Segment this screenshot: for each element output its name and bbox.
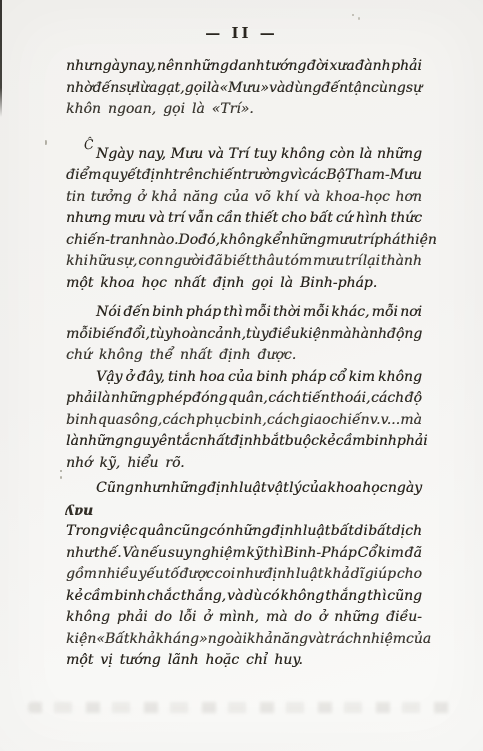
word: nhiệm — [362, 629, 406, 651]
word: như — [236, 564, 263, 586]
word: tùy — [150, 324, 173, 346]
word: võ — [254, 187, 270, 209]
word: cách — [267, 410, 300, 432]
word: ngày — [388, 478, 422, 500]
word: phép — [156, 388, 191, 410]
word: không — [281, 144, 325, 166]
word: gồm — [66, 564, 97, 586]
text-line: khihữusự,conngườiđãbiếtthâutómmưutrílạit… — [66, 251, 422, 273]
word: thành — [381, 251, 422, 273]
word: là — [66, 431, 79, 453]
word: Vậy — [96, 367, 122, 389]
word: khí — [276, 187, 298, 209]
word: cũng — [387, 586, 422, 608]
word: luật — [296, 564, 323, 586]
word: đó, — [198, 230, 220, 252]
word: dù — [244, 586, 262, 608]
word: và — [149, 208, 165, 230]
body-text: nhưngàynay,nênnhữngdanhtướngđờixưađànhph… — [66, 56, 422, 672]
word: nhờ — [66, 78, 92, 100]
word: chiến — [331, 410, 370, 432]
word: người — [164, 251, 204, 273]
ink-speck — [352, 14, 354, 16]
word: hữu — [89, 251, 116, 273]
word: và — [304, 187, 320, 209]
text-line: Trongviệcquâncũngcónhữngđịnhluậtbấtdibất… — [66, 521, 422, 543]
word: nhưng — [66, 208, 111, 230]
word: «Mưu» — [219, 78, 269, 100]
word: điều- — [386, 607, 422, 629]
word: của — [406, 629, 431, 651]
word: hoàn — [172, 324, 207, 346]
word: thâu — [252, 251, 284, 273]
word: độ — [405, 388, 422, 410]
ink-speck — [45, 140, 47, 145]
word: tận — [348, 78, 371, 100]
word: khoa-học — [326, 187, 390, 209]
word: trí — [357, 230, 374, 252]
word: «Bất — [96, 629, 129, 651]
text-line: Nóiđếnbinhphápthìmỗithờimỗikhác,mỗinơi — [66, 302, 422, 324]
word: đổi, — [123, 324, 149, 346]
word: lý — [289, 478, 301, 500]
word: nhiều — [98, 564, 138, 586]
word: kim — [378, 543, 404, 565]
word: cách — [268, 388, 301, 410]
word: bắt — [262, 431, 285, 453]
word: được — [179, 564, 213, 586]
word: cách — [162, 410, 195, 432]
word: năng — [183, 187, 218, 209]
word: di — [354, 521, 367, 543]
word: kể — [264, 230, 281, 252]
word: buộc — [285, 431, 319, 453]
word: ở — [203, 607, 211, 629]
word: thiết — [245, 208, 278, 230]
word: là — [97, 388, 110, 410]
word: tiến — [302, 388, 330, 410]
word: chiến-tranh — [66, 230, 148, 252]
ink-speck — [60, 476, 62, 479]
word: sông, — [124, 410, 162, 432]
word: Bộ — [326, 165, 345, 187]
word: binh — [365, 431, 396, 453]
text-line: nhớ kỹ, hiểu rõ. — [66, 453, 422, 475]
text-line: Vậyởđây,tinhhoacủabinhphápcổkimkhông — [66, 367, 422, 389]
word: hành — [351, 324, 386, 346]
word: con — [138, 251, 163, 273]
word: những — [225, 521, 270, 543]
word: các — [302, 165, 326, 187]
word: đóng — [192, 388, 227, 410]
word: cũng — [174, 521, 209, 543]
word: sự, — [117, 251, 138, 273]
word: định — [271, 521, 302, 543]
word: cho — [397, 564, 422, 586]
word: nhất — [198, 431, 230, 453]
word: binh — [114, 586, 145, 608]
word: v.v... — [370, 410, 400, 432]
word: gọi — [185, 78, 207, 100]
word: bất — [310, 208, 333, 230]
word: quyết — [101, 165, 141, 187]
word: mình, — [219, 607, 259, 629]
word: đã — [205, 251, 222, 273]
word: sự — [119, 78, 135, 100]
word: thì — [367, 586, 386, 608]
word: nếu — [140, 543, 167, 565]
word: tóm — [285, 251, 312, 273]
word: đến — [93, 78, 120, 100]
word: Do — [178, 230, 198, 252]
word: của — [224, 187, 249, 209]
word: phát — [374, 230, 406, 252]
word: nay, — [138, 144, 166, 166]
word: mà — [266, 607, 288, 629]
word: thắng — [325, 586, 366, 608]
word: những — [377, 144, 422, 166]
word: hình — [356, 208, 388, 230]
word: cảnh, — [207, 324, 246, 346]
word: kẻ — [319, 431, 336, 453]
word: nguyên — [124, 431, 176, 453]
word: định — [207, 478, 238, 500]
word: không — [220, 230, 264, 252]
scanned-book-page: — II — Ĉ nhưngàynay,nênnhữngdanhtướngđời… — [0, 0, 483, 751]
word: phải — [117, 607, 148, 629]
word: binh — [256, 367, 287, 389]
word: những — [334, 607, 379, 629]
word: khả — [129, 629, 155, 651]
word: qua — [98, 410, 124, 432]
word: có — [209, 521, 225, 543]
word: việc — [109, 521, 138, 543]
word: không — [66, 607, 110, 629]
word: trường — [242, 165, 290, 187]
word: động — [387, 324, 422, 346]
word: định — [230, 431, 261, 453]
word: kỹ — [246, 543, 262, 565]
word: do — [155, 607, 172, 629]
text-line: khôn ngoan, gọi là «Trí». — [66, 99, 422, 121]
scan-edge-artifact — [0, 0, 2, 117]
word: mỗi — [372, 302, 398, 324]
text-line: gồmnhiềuyếutốđượccoinhưđịnhluậtkhảdĩgiúp… — [66, 564, 422, 586]
word: nơi — [400, 302, 422, 324]
word: kháng» — [155, 629, 207, 651]
word: những — [281, 230, 326, 252]
paragraph-3: Nóiđếnbinhphápthìmỗithờimỗikhác,mỗinơimỗ… — [66, 302, 422, 367]
word: tin — [66, 187, 85, 209]
text-line: điểmquyếtđịnhtrênchiếntrườngvìcácBộTham-… — [66, 165, 422, 187]
word: trí — [168, 208, 185, 230]
text-line: kẻcầmbinhchắcthắng,vàdùcókhôngthắngthìcũ… — [66, 586, 422, 608]
word: tinh — [168, 367, 196, 389]
word: Tham-Mưu — [345, 165, 422, 187]
text-line: Ngàynay,MưuvàTrítuykhôngcònlànhững — [66, 144, 422, 166]
paragraph-4: Vậyởđây,tinhhoacủabinhphápcổkimkhôngphải… — [66, 367, 422, 475]
word: ở — [125, 367, 133, 389]
word: sự — [406, 78, 422, 100]
word: khác, — [331, 302, 369, 324]
word: định — [264, 564, 295, 586]
word: khoa — [327, 478, 361, 500]
word: có — [263, 586, 279, 608]
text-line: kiện«Bấtkhảkháng»ngoàikhảnăngvàtráchnhiệ… — [66, 629, 422, 651]
word: thế. — [94, 543, 122, 565]
word: Trí — [229, 144, 250, 166]
word: tướng — [265, 56, 306, 78]
text-line: phảilànhữngphépđóngquân,cáchtiếnthoái,cá… — [66, 388, 422, 410]
word: mưu — [313, 251, 344, 273]
word: ở — [137, 187, 145, 209]
word: những — [79, 431, 124, 453]
word: mỗi — [245, 302, 271, 324]
word: điểm — [66, 165, 101, 187]
word: xưa — [329, 56, 354, 78]
word: quân — [138, 521, 173, 543]
word: những — [111, 388, 156, 410]
word: thời — [273, 302, 301, 324]
word: luật — [239, 478, 266, 500]
word: khi — [66, 251, 88, 273]
word: vẫn — [188, 208, 214, 230]
word: yếu — [138, 564, 164, 586]
word: như — [134, 478, 161, 500]
word: nào. — [148, 230, 178, 252]
word: giúp — [365, 564, 396, 586]
word: thức — [390, 208, 422, 230]
text-line: chiến-tranhnào.Dođó,khôngkểnhữngmưutríph… — [66, 230, 422, 252]
word: là — [359, 144, 372, 166]
word: giao — [300, 410, 330, 432]
word: phục — [196, 410, 231, 432]
word: kiện — [66, 629, 96, 651]
text-line: chứ không thể nhất định được. — [66, 345, 422, 367]
word: Cũng — [96, 478, 134, 500]
word: khả — [324, 564, 350, 586]
word: chắc — [147, 586, 180, 608]
word: suy — [168, 543, 192, 565]
word: Ngày — [96, 144, 133, 166]
text-line: nhưngàynay,nênnhữngdanhtướngđờixưađànhph… — [66, 56, 422, 78]
text-line: mỗibiếnđổi,tùyhoàncảnh,tùyđiềukiệnmàhành… — [66, 324, 422, 346]
text-line: lànhữngnguyêntắcnhấtđịnhbắtbuộckẻcầmbinh… — [66, 431, 422, 453]
word: binh — [66, 410, 97, 432]
word: thì — [223, 302, 242, 324]
word: kim — [349, 367, 375, 389]
paragraph-1: nhưngàynay,nênnhữngdanhtướngđờixưađànhph… — [66, 56, 422, 121]
word: của — [302, 478, 327, 500]
word: dịch — [392, 521, 422, 543]
word: và — [208, 144, 224, 166]
word: cầm — [84, 586, 114, 608]
word: lại — [363, 251, 380, 273]
paragraph-5: Cũngnhưnhữngđịnhluậtvậtlýcủakhoahọcngàyn… — [66, 478, 422, 521]
word: đến — [321, 78, 348, 100]
word: điều — [268, 324, 299, 346]
word: Binh-Pháp — [283, 543, 356, 565]
word: cầm — [336, 431, 366, 453]
word: không — [280, 586, 324, 608]
text-line: tintưởngởkhảnăngcủavõkhívàkhoa-họchơn — [66, 187, 422, 209]
word: cùng — [371, 78, 406, 100]
word: học — [362, 478, 387, 500]
word: thoái, — [330, 388, 370, 410]
word: ngày — [94, 56, 128, 78]
word: dĩ — [350, 564, 363, 586]
word: hơn — [395, 187, 421, 209]
word: tùy — [246, 324, 269, 346]
text-line: binhquasông,cáchphụcbinh,cáchgiaochiếnv.… — [66, 410, 422, 432]
word: khả — [247, 629, 273, 651]
word: còn — [329, 144, 354, 166]
word: chiến — [203, 165, 242, 187]
word: vật — [267, 478, 289, 500]
word: lừa — [135, 78, 157, 100]
text-line: nhờđếnsựlừagạt,gọilà«Mưu»vàdùngđếntậncùn… — [66, 78, 422, 100]
word: Nói — [96, 302, 121, 324]
word: và — [269, 78, 285, 100]
word: những — [162, 478, 207, 500]
bleed-through-artifact — [28, 702, 458, 713]
word: phải — [397, 431, 428, 453]
ink-speck — [60, 470, 62, 472]
word: của — [228, 367, 253, 389]
word: coi — [214, 564, 235, 586]
word: hoa — [199, 367, 225, 389]
word: mỗi — [66, 324, 92, 346]
word: cách — [371, 388, 404, 410]
word: vì — [290, 165, 302, 187]
paragraph-6: Trongviệcquâncũngcónhữngđịnhluậtbấtdibất… — [66, 521, 422, 672]
word: lỗi — [179, 607, 197, 629]
word: dùng — [285, 78, 321, 100]
word: như — [66, 56, 93, 78]
word: mưu — [114, 208, 145, 230]
paragraph-2: Ngàynay,MưuvàTrítuykhôngcònlànhữngđiểmqu… — [66, 144, 422, 295]
word: Và — [122, 543, 139, 565]
word: đây, — [137, 367, 165, 389]
word: mà — [400, 410, 422, 432]
text-line: Cũngnhưnhữngđịnhluậtvậtlýcủakhoahọcngày — [66, 478, 422, 500]
word: Trong — [66, 521, 108, 543]
word: phải — [66, 388, 97, 410]
word: mà — [330, 324, 352, 346]
word: mỗi — [303, 302, 329, 324]
word: năng — [273, 629, 308, 651]
word: tuy — [254, 144, 277, 166]
word: do — [294, 607, 311, 629]
word: đã — [405, 543, 422, 565]
word: như — [66, 543, 93, 565]
word: trách — [324, 629, 362, 651]
word: những — [184, 56, 229, 78]
text-line: nay — [66, 500, 93, 522]
word: tắc — [176, 431, 198, 453]
word: bất — [368, 521, 391, 543]
word: luật — [303, 521, 330, 543]
text-line: một vị tướng lãnh hoặc chỉ huy. — [66, 650, 422, 672]
word: đành — [355, 56, 390, 78]
word: không — [378, 367, 422, 389]
text-line: khôngphảidolỗiởmình,màdoởnhữngđiều- — [66, 607, 422, 629]
word: cho — [281, 208, 306, 230]
word: Mưu — [171, 144, 203, 166]
word: hiện — [406, 230, 437, 252]
word: nghiệm — [193, 543, 246, 565]
word: trí — [345, 251, 362, 273]
word: thắng, — [181, 586, 226, 608]
word: ngoài — [208, 629, 247, 651]
word: khả — [151, 187, 177, 209]
word: ở — [319, 607, 327, 629]
word: pháp — [186, 302, 221, 324]
word: đời — [307, 56, 329, 78]
word: định — [142, 165, 173, 187]
word: và — [227, 586, 243, 608]
word: nay, — [128, 56, 156, 78]
word: kiện — [300, 324, 330, 346]
word: tưởng — [91, 187, 132, 209]
text-line: một khoa học nhất định gọi là Binh-pháp. — [66, 273, 422, 295]
word: cứ — [336, 208, 353, 230]
text-line: nhưthế.VànếusuynghiệmkỹthìBinh-PhápCổkim… — [66, 543, 422, 565]
word: biến — [92, 324, 123, 346]
word: kẻ — [66, 586, 83, 608]
word: cần — [216, 208, 241, 230]
word: biết — [223, 251, 251, 273]
word: trên — [173, 165, 203, 187]
word: bất — [331, 521, 354, 543]
word: quân, — [228, 388, 268, 410]
page-number: — II — — [0, 24, 483, 42]
word: cổ — [329, 367, 345, 389]
word: nên — [157, 56, 183, 78]
word: binh, — [231, 410, 267, 432]
word: đến — [123, 302, 150, 324]
word: phải — [391, 56, 422, 78]
word: pháp — [291, 367, 326, 389]
word: gạt, — [157, 78, 184, 100]
word: thì — [264, 543, 283, 565]
word: danh — [229, 56, 264, 78]
word: mưu — [326, 230, 357, 252]
word: Cổ — [357, 543, 376, 565]
word: và — [308, 629, 324, 651]
text-line: nhưngmưuvàtrívẫncầnthiếtchobấtcứhìnhthức — [66, 208, 422, 230]
word: là — [207, 78, 220, 100]
word: binh — [152, 302, 183, 324]
word: tố — [165, 564, 179, 586]
ink-speck — [358, 17, 360, 20]
